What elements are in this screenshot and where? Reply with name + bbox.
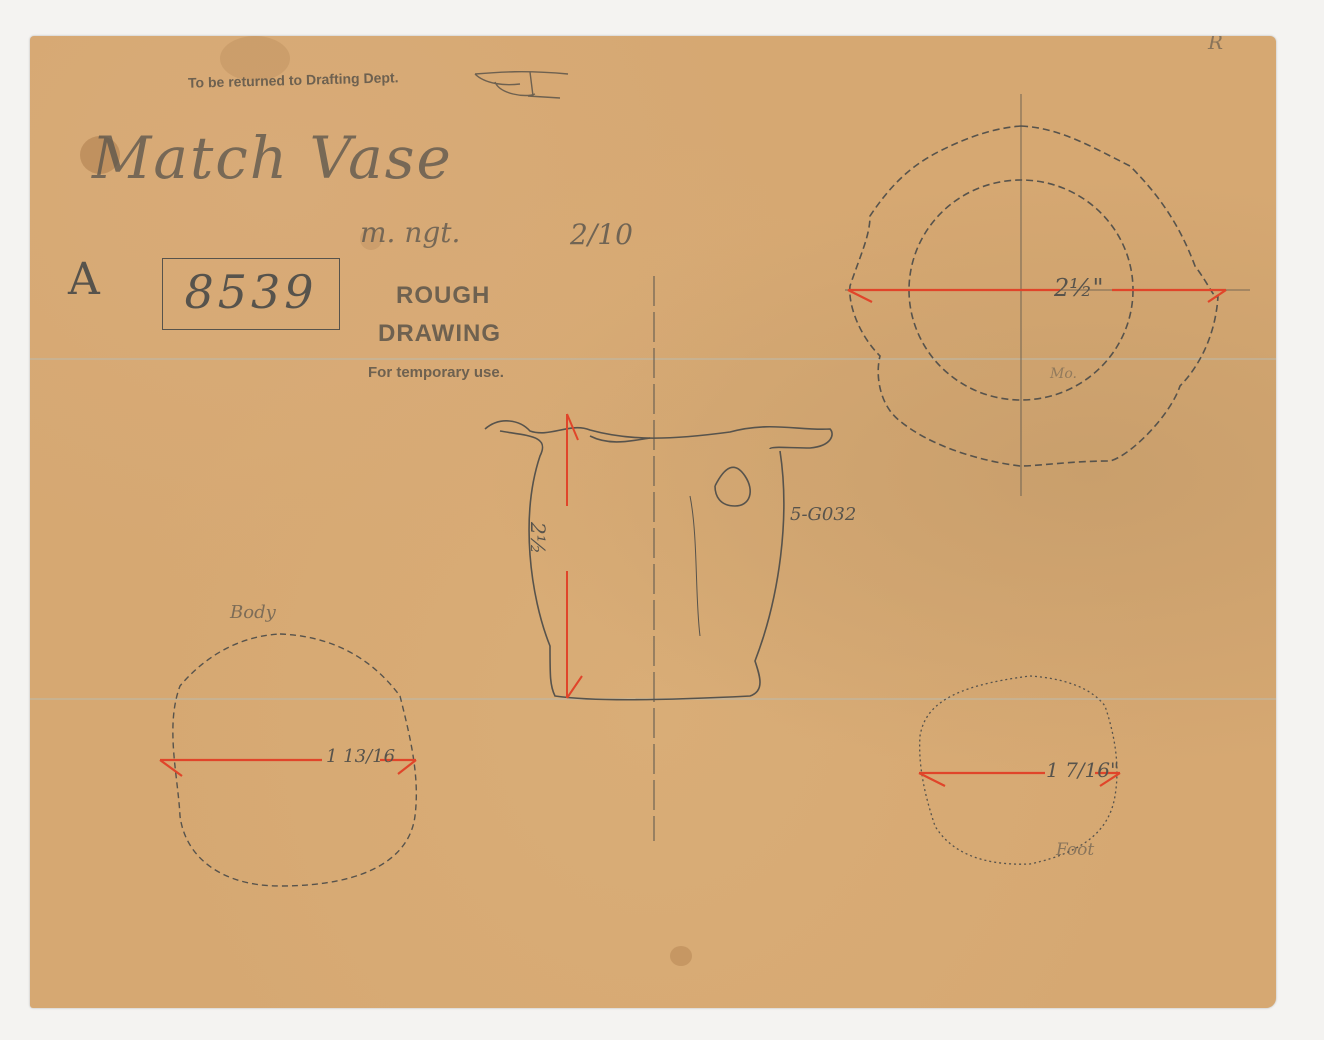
- height-dimension-arrow: [567, 414, 582, 698]
- body-dimension-label: 1 13/16: [326, 746, 395, 767]
- technical-drawing: [30, 36, 1276, 1008]
- vase-elevation: [485, 421, 832, 700]
- mouth-plan-view: [850, 126, 1218, 466]
- mouth-dimension-label: 2½": [1054, 274, 1104, 302]
- pattern-code: 5-G032: [790, 504, 856, 525]
- foot-dimension-label: 1 7/16": [1046, 758, 1119, 782]
- mouth-label: Mo.: [1050, 366, 1077, 382]
- mouth-dimension-arrow: [848, 290, 1226, 302]
- body-label: Body: [230, 602, 276, 623]
- drawing-sheet: To be returned to Drafting Dept. R Match…: [30, 36, 1276, 1008]
- foot-label: Foot: [1056, 840, 1094, 860]
- height-dimension-label: 2½: [526, 522, 550, 554]
